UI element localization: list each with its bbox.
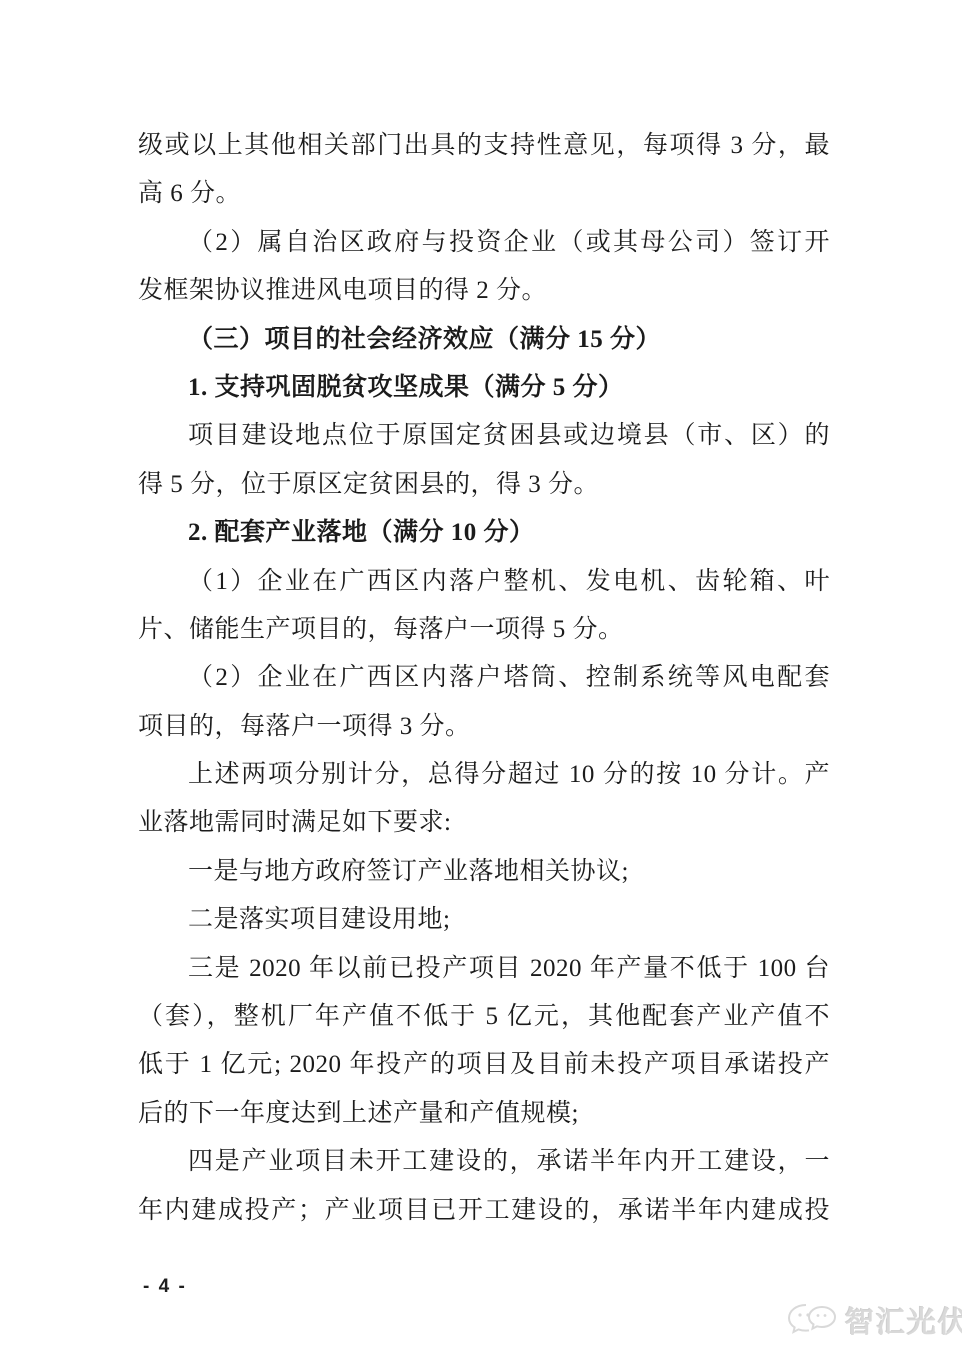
text-line: 业落地需同时满足如下要求: [138,799,830,847]
text-line: 级或以上其他相关部门出具的支持性意见，每项得 3 分，最 [138,122,830,170]
text-line: 低于 1 亿元; 2020 年投产的项目及目前未投产项目承诺投产 [138,1041,830,1089]
text-line: 得 5 分，位于原区定贫困县的，得 3 分。 [138,461,830,509]
subsection-heading: 1. 支持巩固脱贫攻坚成果（满分 5 分） [138,364,830,412]
section-heading: （三）项目的社会经济效应（满分 15 分） [138,316,830,364]
text-line: （2）属自治区政府与投资企业（或其母公司）签订开 [138,219,830,267]
wechat-icon [786,1302,838,1340]
text-line: （2）企业在广西区内落户塔筒、控制系统等风电配套 [138,654,830,702]
text-line: 二是落实项目建设用地; [138,896,830,944]
watermark: 智汇光伏 [786,1300,962,1341]
text-line: 年内建成投产；产业项目已开工建设的，承诺半年内建成投 [138,1187,830,1235]
text-line: 上述两项分别计分，总得分超过 10 分的按 10 分计。产 [138,751,830,799]
text-line: （1）企业在广西区内落户整机、发电机、齿轮箱、叶 [138,558,830,606]
text-line: 三是 2020 年以前已投产项目 2020 年产量不低于 100 台 [138,945,830,993]
text-line: （套），整机厂年产值不低于 5 亿元，其他配套产业产值不 [138,993,830,1041]
text-line: 发框架协议推进风电项目的得 2 分。 [138,267,830,315]
text-line: 一是与地方政府签订产业落地相关协议; [138,848,830,896]
text-line: 高 6 分。 [138,170,830,218]
text-line: 项目建设地点位于原国定贫困县或边境县（市、区）的 [138,412,830,460]
watermark-label: 智汇光伏 [845,1300,962,1341]
text-line: 后的下一年度达到上述产量和产值规模; [138,1090,830,1138]
text-line: 片、储能生产项目的，每落户一项得 5 分。 [138,606,830,654]
text-line: 项目的，每落户一项得 3 分。 [138,703,830,751]
document-page: 级或以上其他相关部门出具的支持性意见，每项得 3 分，最 高 6 分。 （2）属… [0,0,962,1360]
subsection-heading: 2. 配套产业落地（满分 10 分） [138,509,830,557]
document-body: 级或以上其他相关部门出具的支持性意见，每项得 3 分，最 高 6 分。 （2）属… [138,122,830,1235]
text-line: 四是产业项目未开工建设的，承诺半年内开工建设，一 [138,1138,830,1186]
page-number: - 4 - [143,1276,187,1298]
